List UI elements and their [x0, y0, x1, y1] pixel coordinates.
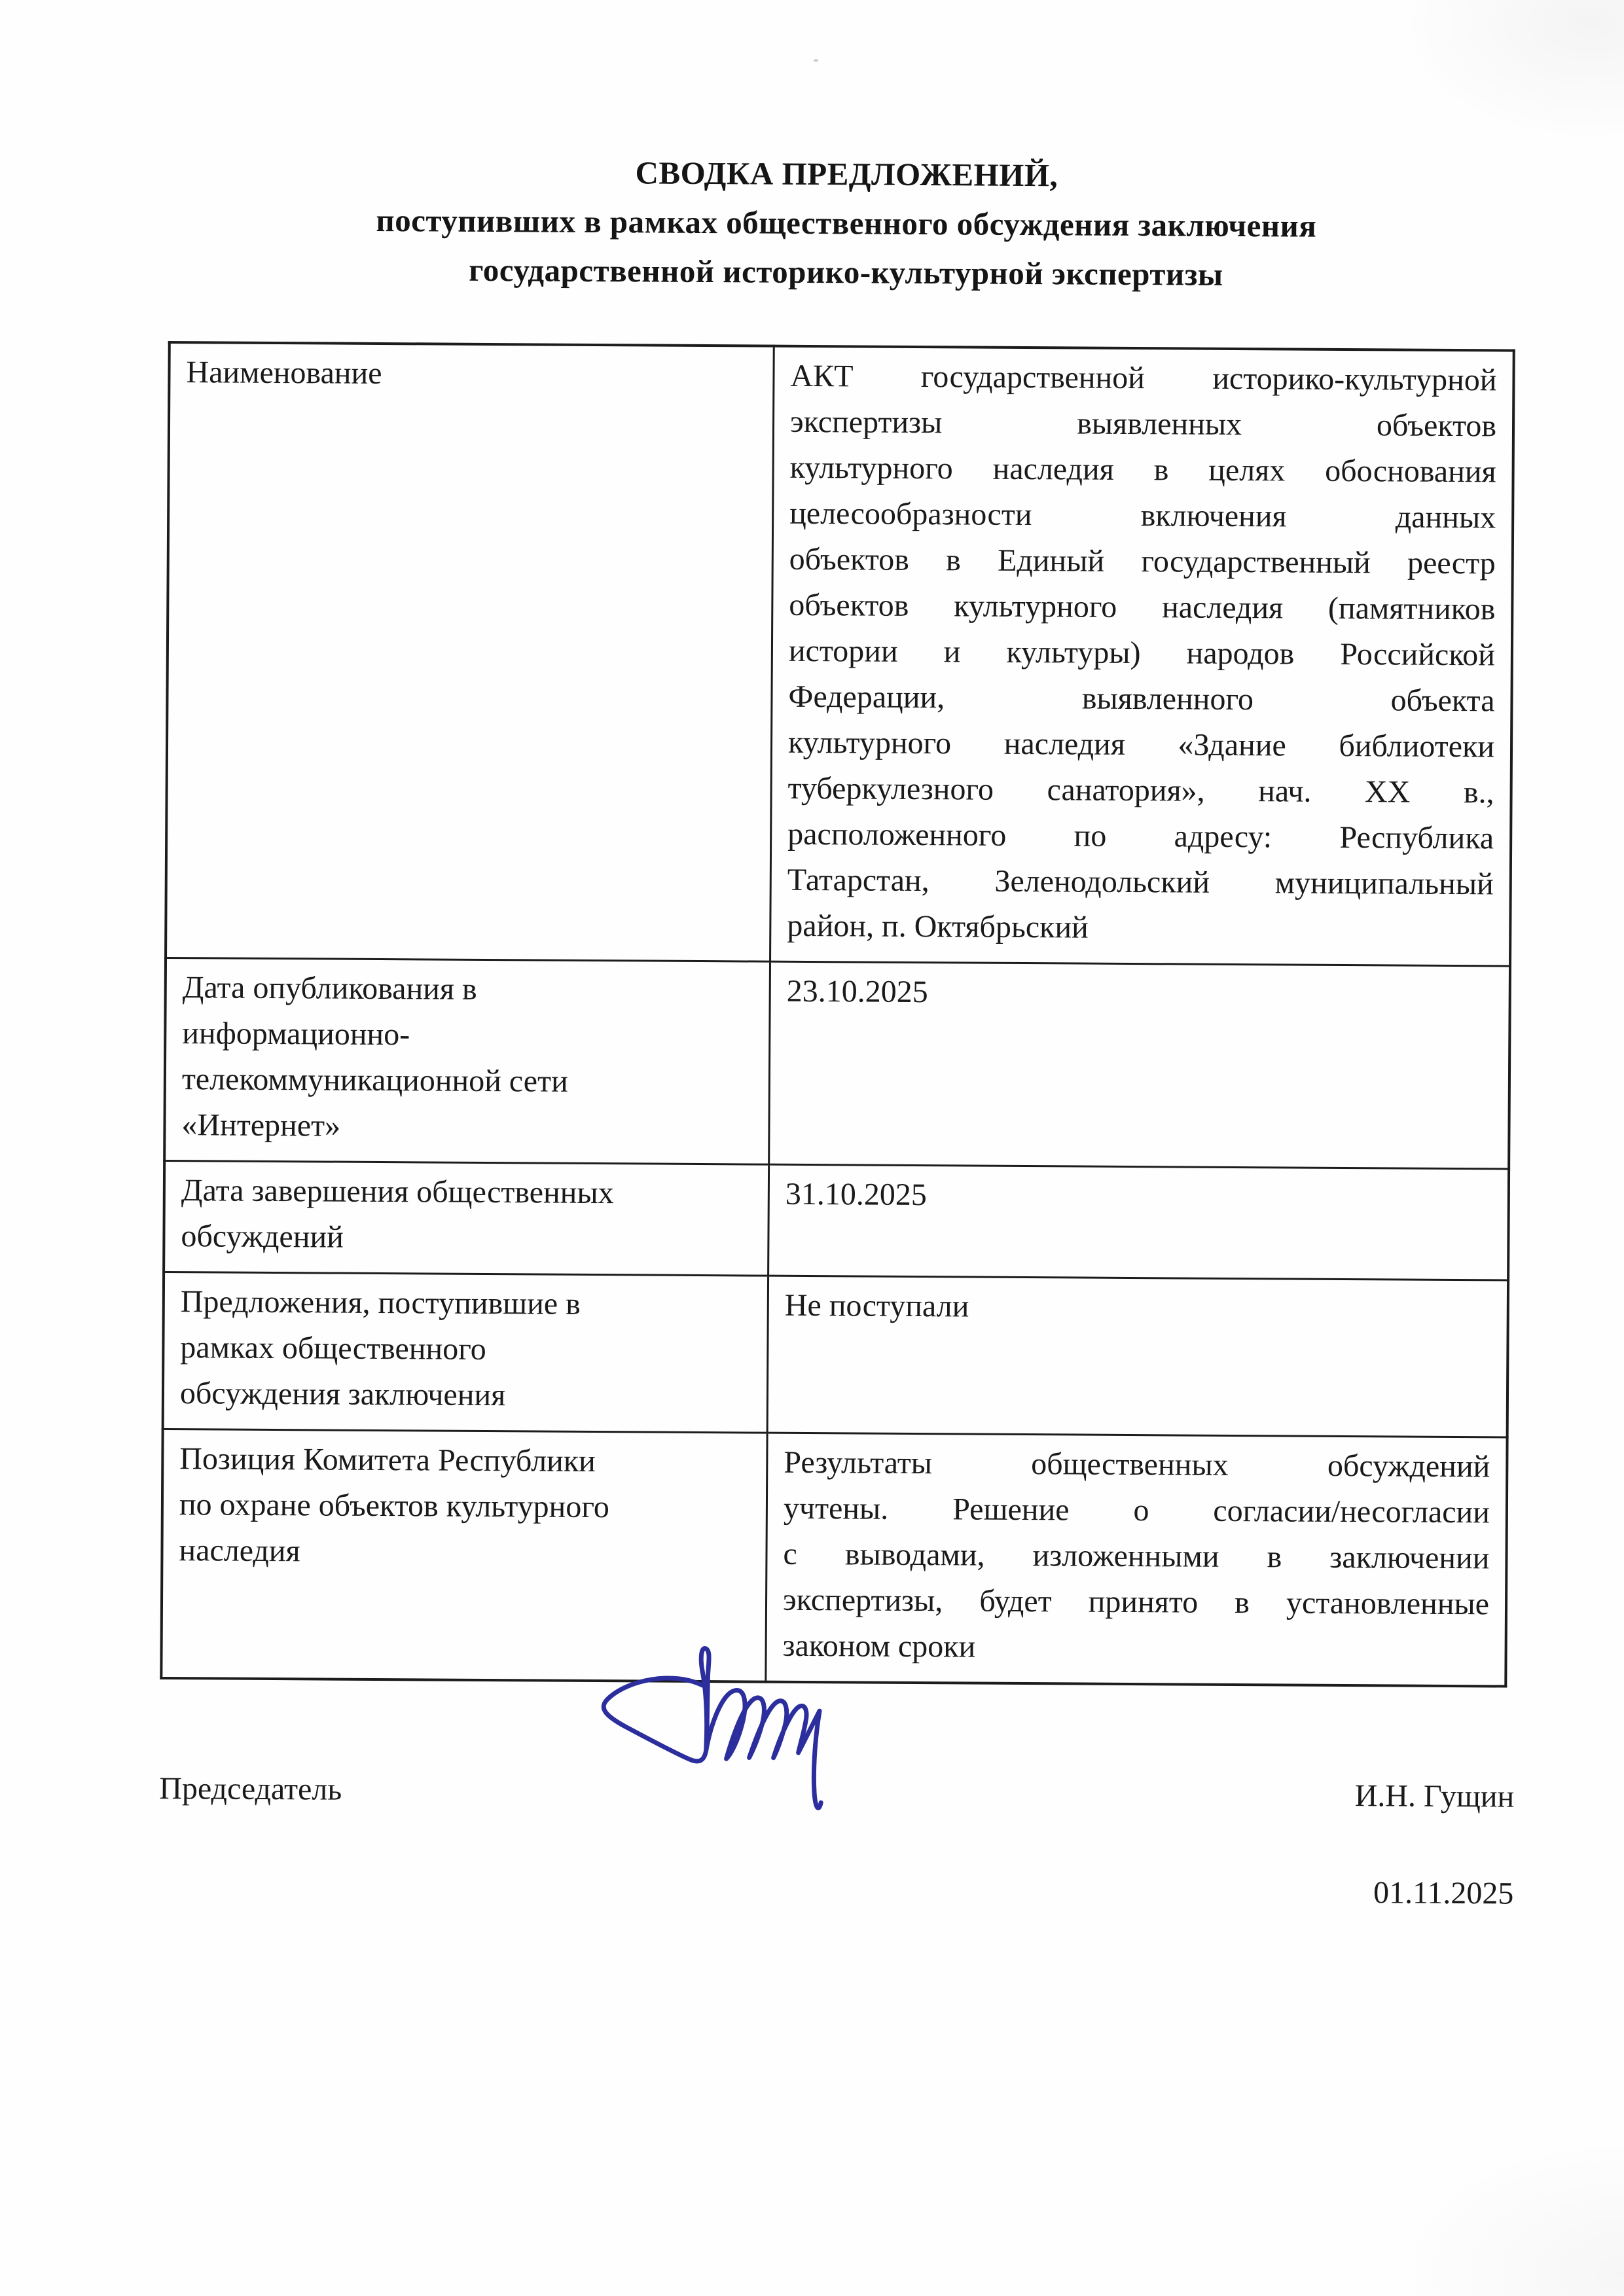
text-line: обсуждения заключения	[180, 1371, 751, 1420]
table-row-proposals: Предложения, поступившие врамках обществ…	[163, 1272, 1508, 1437]
text-line: рамках общественного	[180, 1325, 751, 1374]
signature-date: 01.11.2025	[1354, 1870, 1514, 1916]
position-label: Председатель	[159, 1766, 342, 1813]
row-value-end-date: 31.10.2025	[768, 1164, 1509, 1280]
text-line: культурного наследия в целях обоснования	[789, 445, 1496, 495]
text-line: 31.10.2025	[785, 1172, 1492, 1222]
text-line: объектов в Единый государственный реестр	[789, 537, 1496, 587]
table-row-committee-position: Позиция Комитета Республикипо охране объ…	[161, 1429, 1507, 1686]
row-value-committee-position: Результаты общественных обсужденийучтены…	[766, 1433, 1507, 1686]
table-row-end-date: Дата завершения общественныхобсуждений 3…	[164, 1160, 1509, 1280]
table-row-name: Наименование АКТ государственной историк…	[166, 342, 1514, 966]
text-line: культурного наследия «Здание библиотеки	[788, 720, 1494, 770]
text-line: учтены. Решение о согласии/несогласии	[784, 1486, 1490, 1536]
title-line-2: поступивших в рамках общественного обсуж…	[169, 194, 1524, 252]
text-line: телекоммуникационной сети	[182, 1056, 753, 1105]
text-line: АКТ государственной историко-культурной	[790, 353, 1496, 404]
signature-block: Председатель И.Н. Гущин 01.11.2025	[158, 1766, 1514, 1917]
text-line: Предложения, поступившие в	[181, 1279, 751, 1328]
text-line: с выводами, изложенными в заключении	[783, 1532, 1489, 1582]
text-line: Дата завершения общественных	[181, 1168, 752, 1217]
row-value-name: АКТ государственной историко-культурнойэ…	[770, 346, 1514, 966]
title-line-1: СВОДКА ПРЕДЛОЖЕНИЙ,	[169, 145, 1524, 203]
row-label-end-date: Дата завершения общественныхобсуждений	[164, 1160, 769, 1276]
text-line: Татарстан, Зеленодольский муниципальный	[787, 857, 1494, 908]
text-line: Дата опубликования в	[183, 965, 753, 1014]
text-line: Позиция Комитета Республики	[179, 1436, 750, 1485]
text-line: наследия	[179, 1528, 749, 1577]
text-line: Федерации, выявленного объекта	[788, 674, 1494, 725]
row-label-proposals: Предложения, поступившие врамках обществ…	[163, 1272, 768, 1433]
row-value-publish-date: 23.10.2025	[769, 961, 1510, 1169]
text-line: информационно-	[182, 1011, 753, 1060]
text-line: «Интернет»	[181, 1102, 752, 1151]
signer-name: И.Н. Гущин	[1354, 1773, 1514, 1820]
text-line: законом сроки	[782, 1623, 1489, 1674]
row-label-committee-position: Позиция Комитета Республикипо охране объ…	[161, 1429, 767, 1681]
text-line: объектов культурного наследия (памятнико…	[789, 583, 1495, 633]
text-line: по охране объектов культурного	[179, 1482, 750, 1531]
document-title: СВОДКА ПРЕДЛОЖЕНИЙ, поступивших в рамках…	[168, 145, 1524, 301]
text-line: Не поступали	[785, 1283, 1491, 1333]
summary-table: Наименование АКТ государственной историк…	[160, 341, 1515, 1688]
row-label-name: Наименование	[166, 342, 774, 961]
text-line: обсуждений	[181, 1213, 751, 1263]
scanned-sheet: СВОДКА ПРЕДЛОЖЕНИЙ, поступивших в рамках…	[0, 0, 1624, 1918]
text-line: 23.10.2025	[787, 969, 1493, 1019]
row-value-proposals: Не поступали	[767, 1276, 1508, 1437]
text-line: экспертизы выявленных объектов	[790, 399, 1496, 450]
row-label-publish-date: Дата опубликования винформационно-телеко…	[164, 958, 770, 1164]
text-line: Наименование	[186, 350, 757, 399]
document-page: СВОДКА ПРЕДЛОЖЕНИЙ, поступивших в рамках…	[0, 0, 1624, 2296]
text-line: туберкулезного санатория», нач. XX в.,	[787, 766, 1494, 816]
title-line-3: государственной историко-культурной эксп…	[168, 243, 1523, 301]
text-line: Результаты общественных обсуждений	[784, 1440, 1490, 1490]
text-line: экспертизы, будет принято в установленны…	[783, 1577, 1489, 1628]
signer-column: И.Н. Гущин 01.11.2025	[1354, 1773, 1515, 1916]
text-line: истории и культуры) народов Российской	[789, 628, 1495, 679]
text-line: расположенного по адресу: Республика	[787, 812, 1494, 862]
text-line: район, п. Октябрьский	[787, 903, 1493, 954]
table-row-publish-date: Дата опубликования винформационно-телеко…	[164, 958, 1510, 1169]
text-line: целесообразности включения данных	[789, 491, 1496, 541]
